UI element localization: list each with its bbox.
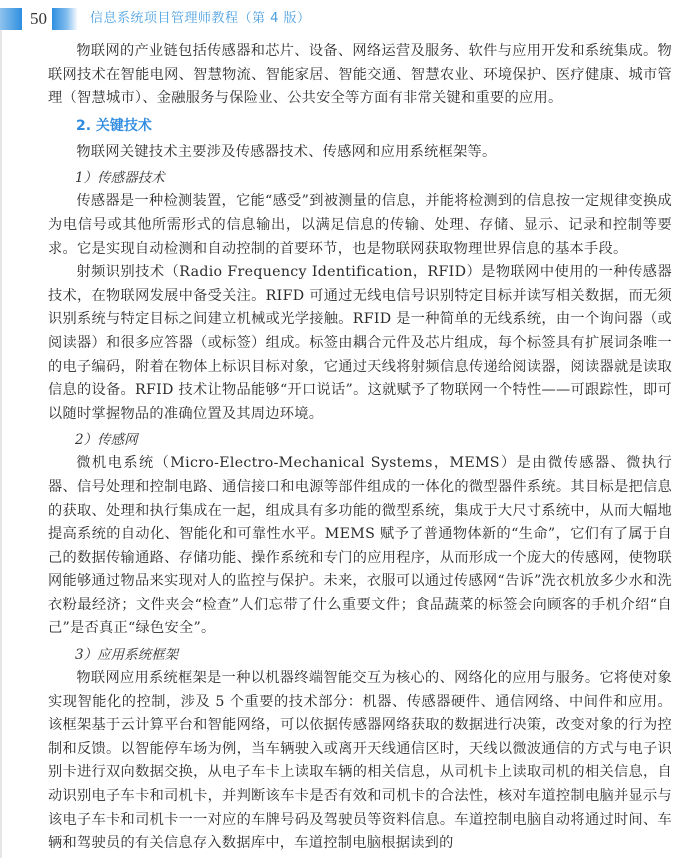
header-accent-block bbox=[0, 8, 22, 30]
page-header: 50 信息系统项目管理师教程（第 4 版） bbox=[0, 0, 690, 36]
page-number: 50 bbox=[30, 8, 47, 30]
running-title: 信息系统项目管理师教程（第 4 版） bbox=[90, 8, 311, 30]
intro-paragraph: 物联网的产业链包括传感器和芯片、设备、网络运营及服务、软件与应用开发和系统集成。… bbox=[48, 40, 672, 111]
section-intro: 物联网关键技术主要涉及传感器技术、传感网和应用系统框架等。 bbox=[48, 141, 672, 165]
paragraph-sensor-definition: 传感器是一种检测装置，它能“感受”到被测量的信息，并能将检测到的信息按一定规律变… bbox=[48, 190, 672, 261]
paragraph-app-framework: 物联网应用系统框架是一种以机器终端智能交互为核心的、网络化的应用与服务。它将使对… bbox=[48, 667, 672, 856]
subsection-heading-sensor-network: 2）传感网 bbox=[48, 429, 672, 452]
paragraph-rfid: 射频识别技术（Radio Frequency Identification，RF… bbox=[48, 261, 672, 426]
page-left-edge bbox=[0, 30, 2, 858]
paragraph-mems: 微机电系统（Micro-Electro-Mechanical Systems，M… bbox=[48, 452, 672, 641]
header-gradient-block bbox=[52, 8, 78, 30]
page-body: 物联网的产业链包括传感器和芯片、设备、网络运营及服务、软件与应用开发和系统集成。… bbox=[48, 40, 672, 856]
section-heading: 2. 关键技术 bbox=[48, 114, 672, 138]
subsection-heading-sensor-tech: 1）传感器技术 bbox=[48, 167, 672, 190]
subsection-heading-app-framework: 3）应用系统框架 bbox=[48, 644, 672, 667]
